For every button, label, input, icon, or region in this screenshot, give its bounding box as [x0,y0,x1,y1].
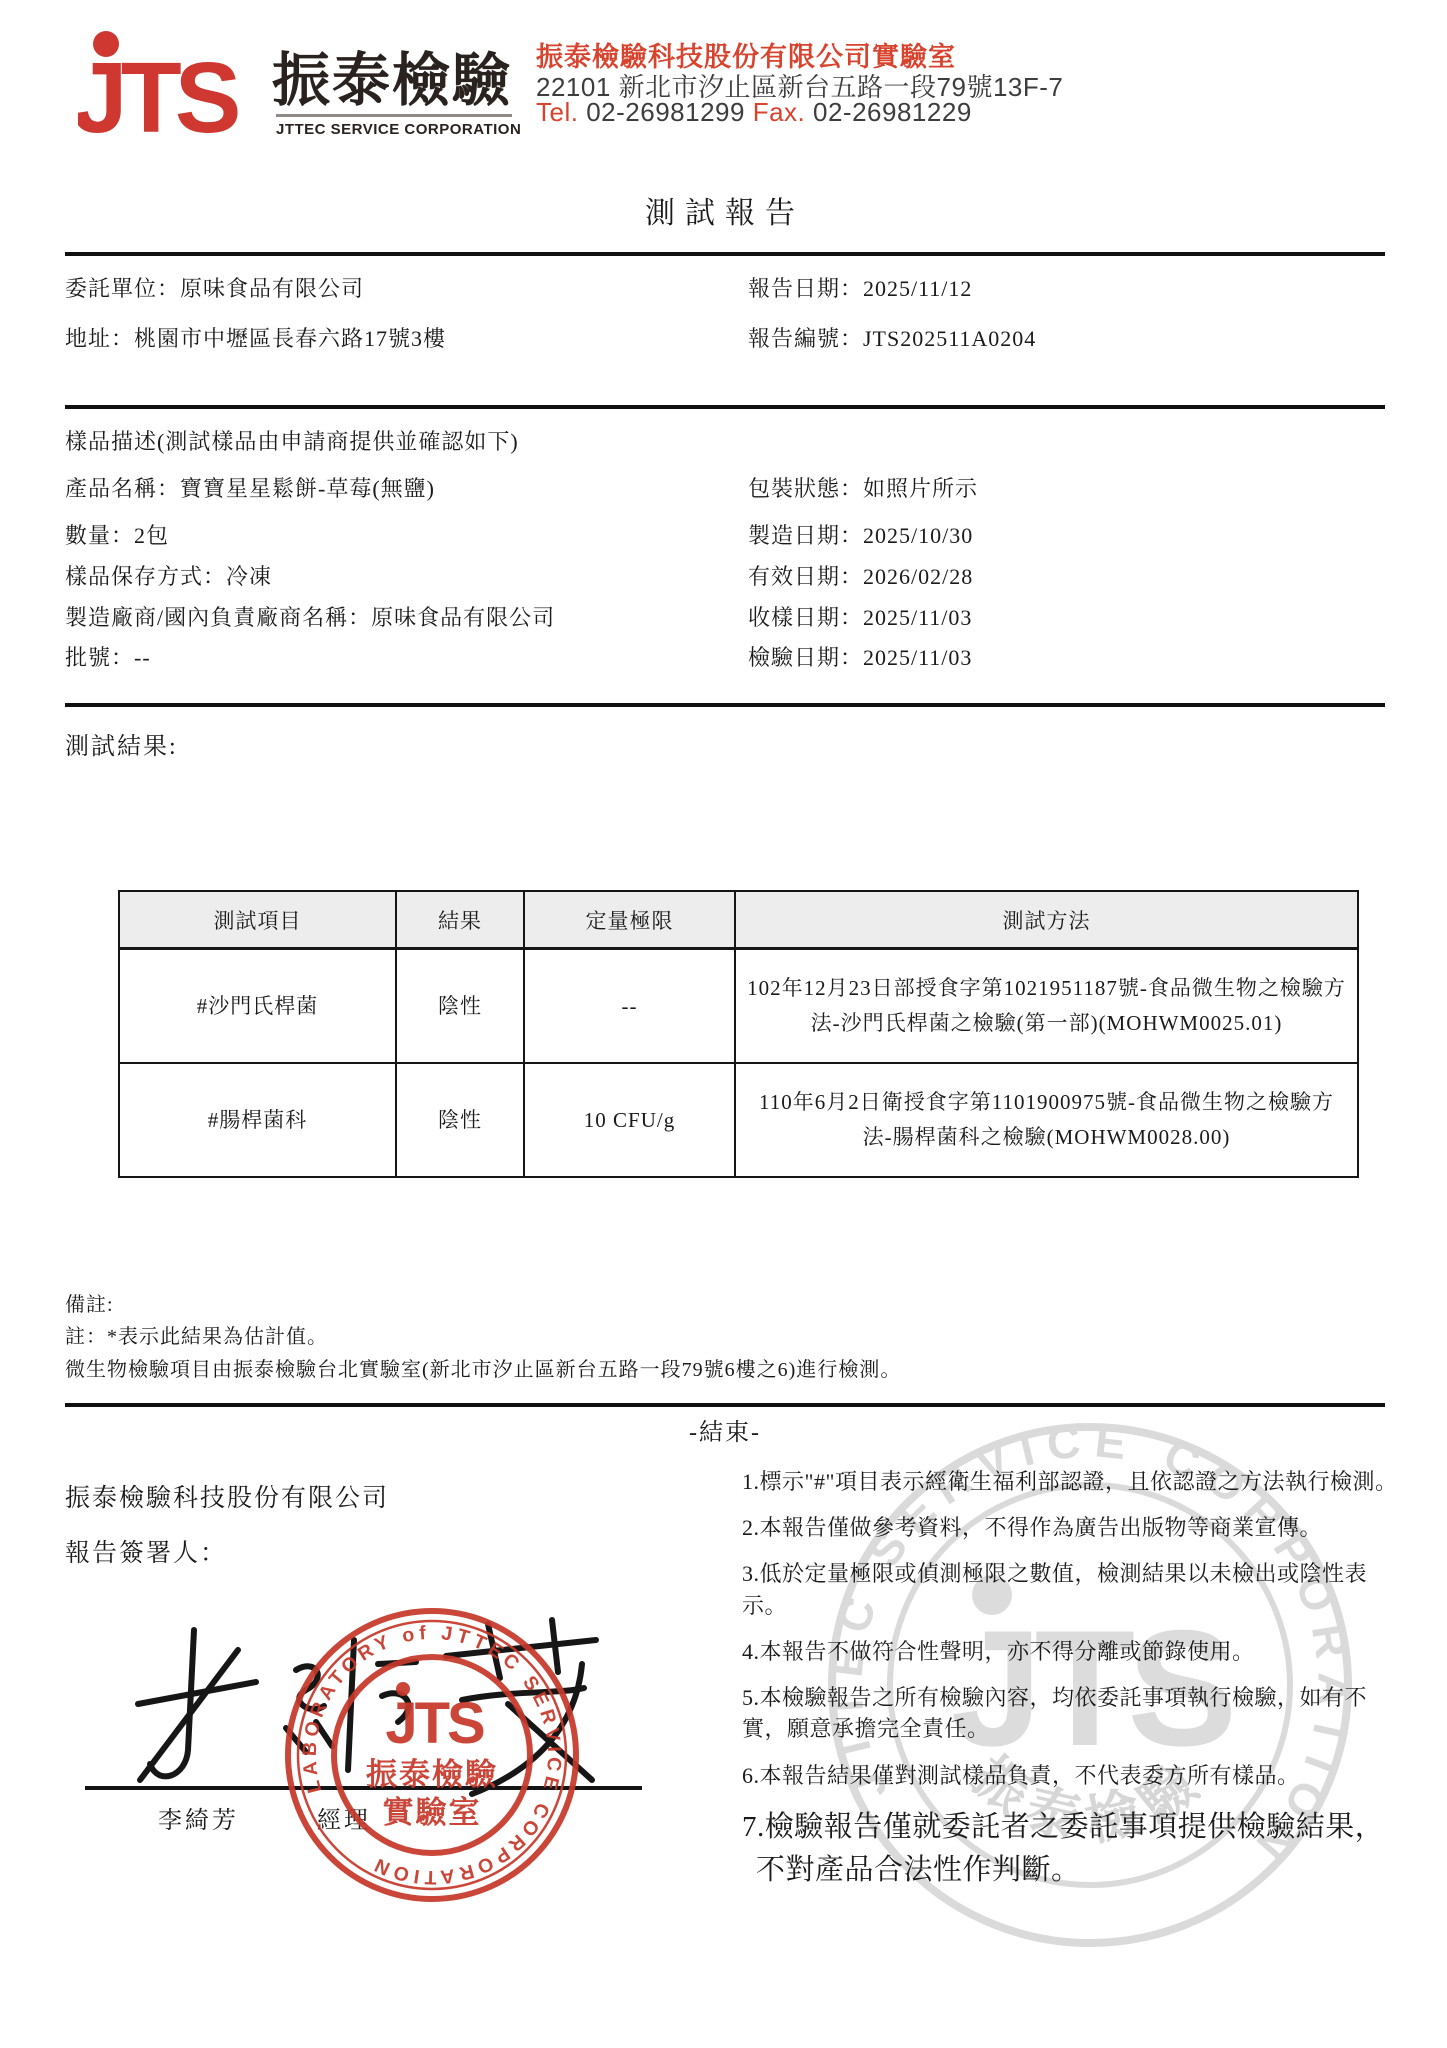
stamp-line1: 振泰檢驗 [366,1757,498,1792]
signer-name: 李綺芳 [158,1808,239,1834]
lab-contact: Tel. 02-26981299 Fax. 02-26981229 [536,97,972,128]
disclaimer-line-1: 7.檢驗報告僅就委託者之委託事項提供檢驗結果， [742,1806,1410,1850]
brand-name-cn: 振泰檢驗 [272,52,512,110]
results-header-row: 測試項目 結果 定量極限 測試方法 [119,891,1358,949]
tel-label: Tel. [536,97,578,127]
lot-no-field: 批號：-- [65,641,151,672]
page-title: 測試報告 [65,188,1385,232]
cell-result: 陰性 [396,949,524,1064]
cell-method: 110年6月2日衛授食字第1101900975號-食品微生物之檢驗方法-腸桿菌科… [735,1063,1358,1177]
mfg-date-field: 製造日期：2025/10/30 [748,519,973,550]
stamp-jts-text: JTS [385,1691,484,1756]
divider-3 [65,703,1385,707]
test-date-field: 檢驗日期：2025/11/03 [748,641,972,672]
report-date-field: 報告日期：2025/11/12 [748,272,972,303]
cell-loq: 10 CFU/g [524,1063,735,1177]
disclaimer-item: 4.本報告不做符合性聲明，亦不得分離或節錄使用。 [742,1636,1410,1667]
logo-divider [276,114,512,117]
sample-description-caption: 樣品描述(測試樣品由申請商提供並確認如下) [65,425,519,456]
footer-company-name: 振泰檢驗科技股份有限公司 [65,1478,389,1514]
manufacturer-field: 製造廠商/國內負責廠商名稱：原味食品有限公司 [65,601,555,632]
jts-logo: JTS [78,28,268,146]
col-header-loq: 定量極限 [524,891,735,949]
cell-method: 102年12月23日部授食字第1021951187號-食品微生物之檢驗方法-沙門… [735,949,1358,1064]
tel-value: 02-26981299 [586,97,745,127]
package-state-field: 包裝狀態：如照片所示 [748,472,978,503]
remark-estimate-note: 註：*表示此結果為估計值。 [65,1320,328,1349]
cell-loq: -- [524,949,735,1064]
expiry-date-field: 有效日期：2026/02/28 [748,560,973,591]
disclaimer-line-2: 不對產品合法性作判斷。 [742,1849,1410,1893]
quantity-field: 數量：2包 [65,519,169,550]
report-no-field: 報告編號：JTS202511A0204 [748,322,1036,353]
disclaimer-item: 6.本報告結果僅對測試樣品負責，不代表委方所有樣品。 [742,1760,1410,1791]
client-field: 委託單位：原味食品有限公司 [65,272,364,303]
col-header-test-item: 測試項目 [119,891,396,949]
table-row: #腸桿菌科 陰性 10 CFU/g 110年6月2日衛授食字第110190097… [119,1063,1358,1177]
fax-value: 02-26981229 [813,97,972,127]
remarks-caption: 備註: [65,1288,114,1317]
lab-stamp-graphic: LABORATORY of JTTEC SERVICE CORPORATION … [282,1605,582,1905]
lab-stamp: LABORATORY of JTTEC SERVICE CORPORATION … [282,1605,582,1905]
col-header-result: 結果 [396,891,524,949]
disclaimer-item: 3.低於定量極限或偵測極限之數值，檢測結果以未檢出或陰性表示。 [742,1558,1410,1620]
disclaimer-item: 2.本報告僅做參考資料，不得作為廣告出版物等商業宣傳。 [742,1512,1410,1543]
divider-1 [65,252,1385,256]
divider-2 [65,405,1385,409]
jts-logo-graphic: JTS [78,28,268,146]
cell-result: 陰性 [396,1063,524,1177]
disclaimer-item-large: 7.檢驗報告僅就委託者之委託事項提供檢驗結果， 不對產品合法性作判斷。 [742,1806,1410,1893]
brand-name-en: JTTEC SERVICE CORPORATION [276,121,521,138]
received-date-field: 收樣日期：2025/11/03 [748,601,972,632]
divider-4 [65,1403,1385,1407]
fax-label: Fax. [753,97,806,127]
product-name-field: 產品名稱：寶寶星星鬆餅-草莓(無鹽) [65,472,435,503]
signer-label: 報告簽署人： [65,1533,227,1569]
results-table: 測試項目 結果 定量極限 測試方法 #沙門氏桿菌 陰性 -- 102年12月23… [118,890,1359,1178]
test-report-page: JTS 振泰檢驗 JTTEC SERVICE CORPORATION 振泰檢驗科… [0,0,1447,2048]
disclaimer-list: 1.標示"#"項目表示經衛生福利部認證，且依認證之方法執行檢測。 2.本報告僅做… [742,1466,1410,1908]
stamp-line2: 實驗室 [383,1795,482,1830]
test-results-caption: 測試結果: [65,726,178,761]
table-row: #沙門氏桿菌 陰性 -- 102年12月23日部授食字第1021951187號-… [119,949,1358,1064]
col-header-method: 測試方法 [735,891,1358,949]
disclaimer-item: 5.本檢驗報告之所有檢驗內容，均依委託事項執行檢驗，如有不實，願意承擔完全責任。 [742,1682,1410,1744]
storage-field: 樣品保存方式：冷凍 [65,560,272,591]
remark-micro-lab-note: 微生物檢驗項目由振泰檢驗台北實驗室(新北市汐止區新台五路一段79號6樓之6)進行… [65,1353,901,1382]
jts-logo-text: JTS [78,42,238,146]
cell-test-item: #沙門氏桿菌 [119,949,396,1064]
client-address-field: 地址：桃園市中壢區長春六路17號3樓 [65,322,446,353]
cell-test-item: #腸桿菌科 [119,1063,396,1177]
disclaimer-item: 1.標示"#"項目表示經衛生福利部認證，且依認證之方法執行檢測。 [742,1466,1410,1497]
